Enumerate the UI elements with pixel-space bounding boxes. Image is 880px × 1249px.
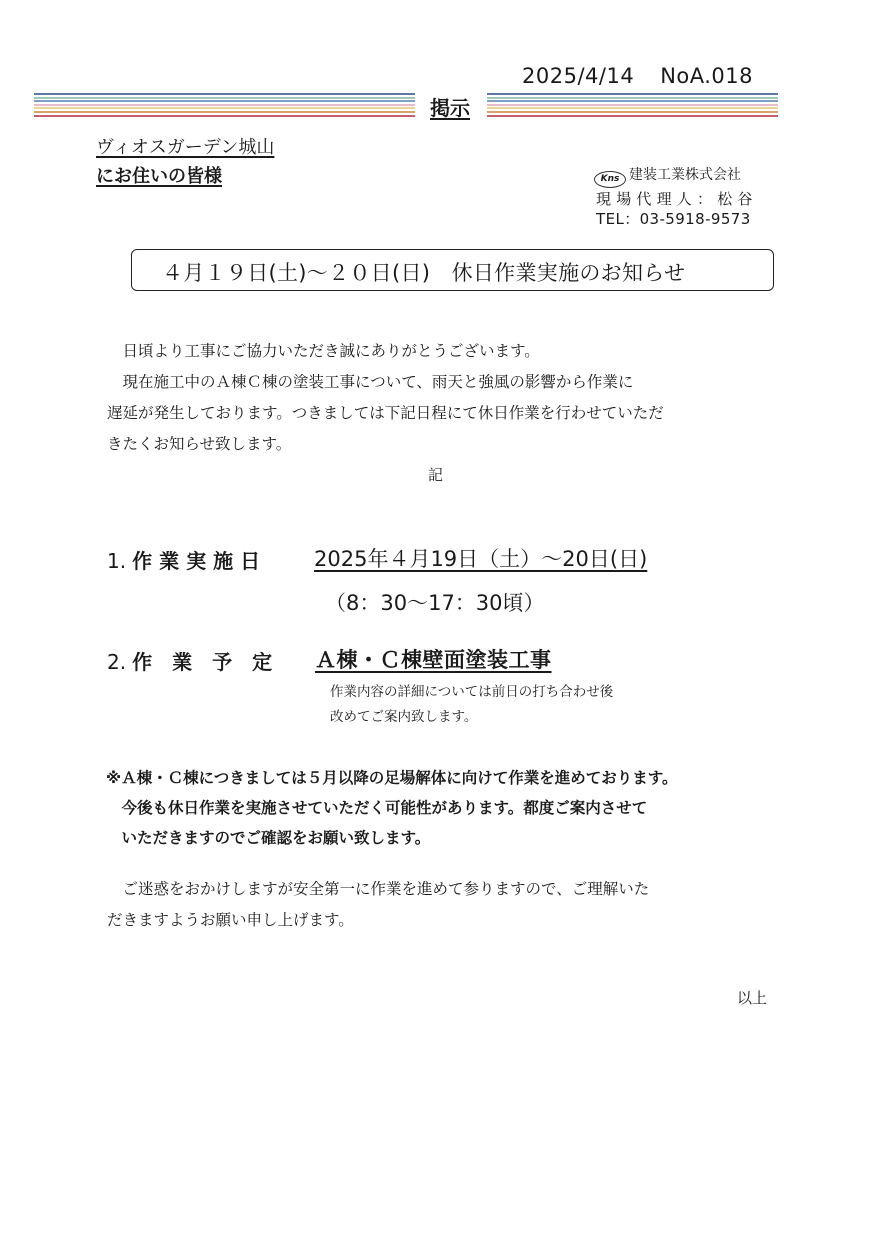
company-logo-icon: Kns xyxy=(594,171,626,188)
item-label-text: 作業予定 xyxy=(132,650,292,674)
note-line: 作業内容の詳細については前日の打ち合わせ後 xyxy=(330,680,613,705)
note-line: ※Ａ棟・Ｃ棟につきましては５月以降の足場解体に向けて作業を進めております。 xyxy=(106,763,678,793)
work-date-value: 2025年４月19日（土）～20日(日) xyxy=(314,543,647,573)
paragraph-line: 遅延が発生しております。つきましては下記日程にて休日作業を行わせていただ xyxy=(107,398,664,429)
document-number: NoA.018 xyxy=(660,64,753,88)
paragraph-line: だきますようお願い申し上げます。 xyxy=(107,905,649,936)
stripe xyxy=(34,93,415,95)
paragraph-line: ご迷惑をおかけしますが安全第一に作業を進めて参りますので、ご理解いた xyxy=(107,874,649,905)
work-time-value: （8：30～17：30頃） xyxy=(325,587,545,617)
work-scope-notes: 作業内容の詳細については前日の打ち合わせ後 改めてご案内致します。 xyxy=(330,680,613,730)
stripe xyxy=(487,93,778,95)
stripe xyxy=(34,107,415,109)
paragraph-line: 現在施工中のＡ棟Ｃ棟の塗装工事について、雨天と強風の影響から作業に xyxy=(107,367,664,398)
addressee-building: ヴィオスガーデン城山 xyxy=(96,133,274,159)
closing-paragraph: ご迷惑をおかけしますが安全第一に作業を進めて参りますので、ご理解いた だきますよ… xyxy=(107,874,649,936)
item-number: 2. xyxy=(107,650,126,674)
note-line: 改めてご案内致します。 xyxy=(330,705,613,730)
stripe xyxy=(34,111,415,113)
intro-paragraph: 日頃より工事にご協力いただき誠にありがとうございます。 現在施工中のＡ棟Ｃ棟の塗… xyxy=(107,336,664,460)
item-number: 1. xyxy=(107,549,126,573)
notice-title: ４月１９日(土)～２０日(日) 休日作業実施のお知らせ xyxy=(162,257,685,287)
ki-heading: 記 xyxy=(428,464,443,485)
stripe xyxy=(34,100,415,102)
paragraph-line: きたくお知らせ致します。 xyxy=(107,429,664,460)
note-line: いただきますのでご確認をお願い致します。 xyxy=(106,823,678,853)
company-name: 建装工業株式会社 xyxy=(629,167,741,183)
stripe xyxy=(487,115,778,117)
header-meta: 2025/4/14NoA.018 xyxy=(522,64,753,88)
work-scope-value: Ａ棟・Ｃ棟壁面塗装工事 xyxy=(315,644,552,674)
decorative-stripes-right xyxy=(487,93,778,119)
stripe xyxy=(487,100,778,102)
decorative-stripes-left xyxy=(34,93,415,119)
paragraph-line: 日頃より工事にご協力いただき誠にありがとうございます。 xyxy=(107,336,664,367)
issue-date: 2025/4/14 xyxy=(522,64,634,88)
stripe xyxy=(487,104,778,106)
stripe xyxy=(34,104,415,106)
company-name-line: Kns建装工業株式会社 xyxy=(594,164,741,188)
note-line: 今後も休日作業を実施させていただく可能性があります。都度ご案内させて xyxy=(106,793,678,823)
important-note: ※Ａ棟・Ｃ棟につきましては５月以降の足場解体に向けて作業を進めております。 今後… xyxy=(106,763,678,853)
site-agent: 現場代理人：松谷 xyxy=(596,188,758,209)
title-box: ４月１９日(土)～２０日(日) 休日作業実施のお知らせ xyxy=(131,249,774,291)
stripe xyxy=(34,115,415,117)
stripe xyxy=(487,97,778,99)
stripe xyxy=(34,97,415,99)
notice-label: 掲示 xyxy=(430,92,470,121)
stripe xyxy=(487,107,778,109)
item-label-text: 作業実施日 xyxy=(132,549,267,573)
company-tel: TEL：03-5918-9573 xyxy=(596,208,751,229)
item-2-label: 2.作業予定 xyxy=(107,646,292,675)
item-1-label: 1.作業実施日 xyxy=(107,545,267,574)
addressee-residents: にお住いの皆様 xyxy=(96,162,222,188)
stripe xyxy=(487,111,778,113)
end-mark: 以上 xyxy=(737,987,767,1008)
